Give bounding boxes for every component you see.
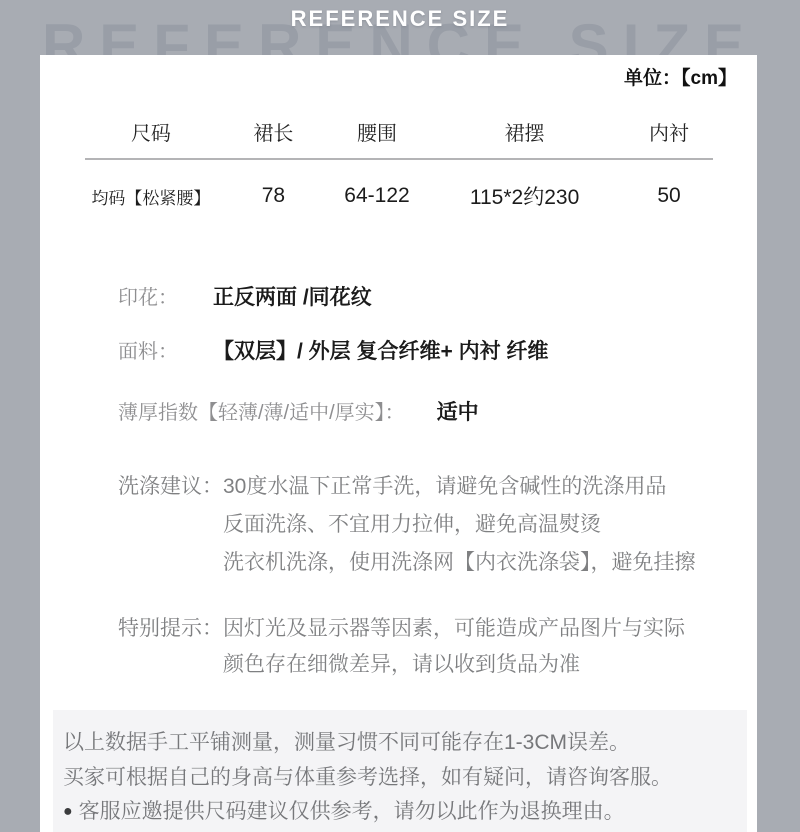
wash-advice-line: 30度水温下正常手洗，请避免含碱性的洗涤用品 xyxy=(223,468,696,506)
size-table-data-row: 均码【松紧腰】 78 64-122 115*2约230 50 xyxy=(85,181,713,211)
unit-label: 单位：【cm】 xyxy=(624,63,737,90)
thickness-label: 薄厚指数【轻薄/薄/适中/厚实】： xyxy=(118,396,405,425)
measurement-note-line: 以上数据手工平铺测量，测量习惯不同可能存在1-3CM误差。 xyxy=(63,726,747,761)
table-header-size: 尺码 xyxy=(85,117,217,146)
table-header-hem: 裙摆 xyxy=(424,117,625,146)
size-info-card: 单位：【cm】 尺码 裙长 腰围 裙摆 内衬 均码【松紧腰】 78 64-122… xyxy=(40,55,757,832)
table-cell-waist: 64-122 xyxy=(330,184,424,208)
size-reference-page: REFERENCE SIZE REFERENCE SIZE 单位：【cm】 尺码… xyxy=(0,0,800,832)
special-notice-line: 颜色存在细微差异，请以收到货品为准 xyxy=(223,647,685,683)
fabric-value: 【双层】/ 外层 复合纤维+ 内衬 纤维 xyxy=(213,335,548,365)
special-notice-lines: 因灯光及显示器等因素，可能造成产品图片与实际 颜色存在细微差异，请以收到货品为准 xyxy=(223,611,685,683)
special-notice-block: 特别提示： 因灯光及显示器等因素，可能造成产品图片与实际 颜色存在细微差异，请以… xyxy=(118,611,685,683)
measurement-note-text: 客服应邀提供尺码建议仅供参考，请勿以此作为退换理由。 xyxy=(79,800,625,823)
wash-advice-line: 反面洗涤、不宜用力拉伸，避免高温熨烫 xyxy=(223,506,696,544)
measurement-note-line: 买家可根据自己的身高与体重参考选择，如有疑问，请咨询客服。 xyxy=(63,761,747,796)
table-header-waist: 腰围 xyxy=(330,117,424,146)
table-cell-size: 均码【松紧腰】 xyxy=(85,184,217,209)
measurement-note-line: ●客服应邀提供尺码建议仅供参考，请勿以此作为退换理由。 xyxy=(63,795,747,830)
wash-advice-block: 洗涤建议： 30度水温下正常手洗，请避免含碱性的洗涤用品 反面洗涤、不宜用力拉伸… xyxy=(118,468,696,582)
table-cell-hem: 115*2约230 xyxy=(424,181,625,211)
table-header-lining: 内衬 xyxy=(625,117,713,146)
measurement-note-panel: 以上数据手工平铺测量，测量习惯不同可能存在1-3CM误差。 买家可根据自己的身高… xyxy=(53,710,747,832)
fabric-label: 面料： xyxy=(118,335,213,364)
thickness-value: 适中 xyxy=(437,396,479,426)
table-cell-length: 78 xyxy=(217,184,330,208)
spec-row-thickness: 薄厚指数【轻薄/薄/适中/厚实】： 适中 xyxy=(118,396,479,426)
wash-advice-label: 洗涤建议： xyxy=(118,468,223,506)
print-value: 正反两面 /同花纹 xyxy=(213,281,372,311)
wash-advice-lines: 30度水温下正常手洗，请避免含碱性的洗涤用品 反面洗涤、不宜用力拉伸，避免高温熨… xyxy=(223,468,696,582)
table-cell-lining: 50 xyxy=(625,184,713,208)
special-notice-line: 因灯光及显示器等因素，可能造成产品图片与实际 xyxy=(223,611,685,647)
spec-row-fabric: 面料： 【双层】/ 外层 复合纤维+ 内衬 纤维 xyxy=(118,335,548,365)
bullet-icon: ● xyxy=(63,803,73,820)
print-label: 印花： xyxy=(118,281,213,310)
wash-advice-line: 洗衣机洗涤，使用洗涤网【内衣洗涤袋】，避免挂擦 xyxy=(223,544,696,582)
size-table-header-row: 尺码 裙长 腰围 裙摆 内衬 xyxy=(85,117,713,146)
table-divider-line xyxy=(85,158,713,160)
table-header-length: 裙长 xyxy=(217,117,330,146)
spec-row-print: 印花： 正反两面 /同花纹 xyxy=(118,281,372,311)
special-notice-label: 特别提示： xyxy=(118,611,223,647)
page-title: REFERENCE SIZE xyxy=(0,6,800,32)
